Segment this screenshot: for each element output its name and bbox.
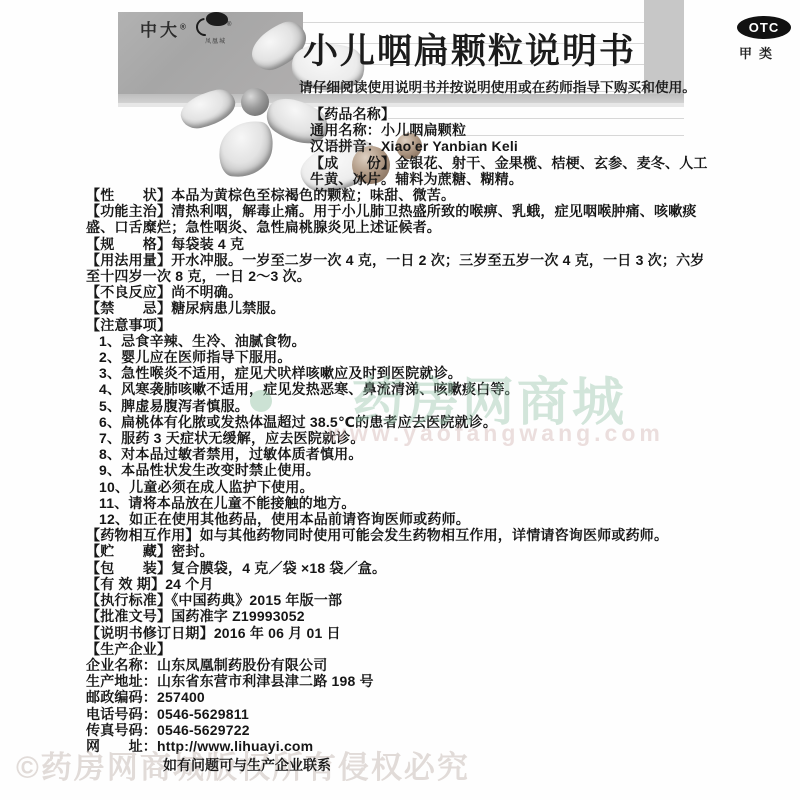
manufacturer-name-row: 企业名称：山东凤凰制药股份有限公司 bbox=[86, 657, 716, 673]
page-title: 小儿咽扁颗粒说明书 bbox=[303, 24, 655, 74]
otc-badge: OTC bbox=[737, 16, 791, 39]
phoenix-mascot-icon: ® bbox=[196, 10, 236, 36]
leaflet-page: 中大® ® 凤凰城 小儿咽扁颗粒说明书 请仔细阅读使用说明书并按说明使用或在药师… bbox=[0, 0, 800, 800]
section-manufacturer: 【生产企业】 bbox=[86, 641, 716, 657]
leaflet-body: 【药品名称】 通用名称：小儿咽扁颗粒 汉语拼音：Xiao'er Yanbian … bbox=[86, 106, 716, 754]
section-dosage: 【用法用量】开水冲服。一岁至二岁一次 4 克，一日 2 次；三岁至五岁一次 4 … bbox=[86, 252, 716, 284]
section-description: 【性 状】本品为黄棕色至棕褐色的颗粒；味甜、微苦。 bbox=[86, 187, 716, 203]
precaution-item: 7、服药 3 天症状无缓解，应去医院就诊。 bbox=[86, 430, 716, 446]
precaution-item: 4、风寒袭肺咳嗽不适用，症见发热恶寒、鼻流清涕、咳嗽痰白等。 bbox=[86, 381, 716, 397]
page-subtitle: 请仔细阅读使用说明书并按说明使用或在药师指导下购买和使用。 bbox=[299, 76, 696, 96]
precaution-item: 2、婴儿应在医师指导下服用。 bbox=[86, 349, 716, 365]
precaution-item: 6、扁桃体有化脓或发热体温超过 38.5℃的患者应去医院就诊。 bbox=[86, 414, 716, 430]
manufacturer-fax-row: 传真号码：0546-5629722 bbox=[86, 722, 716, 738]
section-approval-number: 【批准文号】国药准字 Z19993052 bbox=[86, 608, 716, 624]
section-standard: 【执行标准】《中国药典》2015 年版一部 bbox=[86, 592, 716, 608]
manufacturer-zipcode-row: 邮政编码：257400 bbox=[86, 689, 716, 705]
photo-spacer bbox=[86, 106, 310, 187]
precaution-item: 5、脾虚易腹泻者慎服。 bbox=[86, 398, 716, 414]
section-shelf-life: 【有 效 期】24 个月 bbox=[86, 576, 716, 592]
section-strength: 【规 格】每袋装 4 克 bbox=[86, 236, 716, 252]
section-storage: 【贮 藏】密封。 bbox=[86, 543, 716, 559]
section-packaging: 【包 装】复合膜袋，4 克／袋 ×18 袋／盒。 bbox=[86, 560, 716, 576]
section-interactions: 【药物相互作用】如与其他药物同时使用可能会发生药物相互作用，详情请咨询医师或药师… bbox=[86, 527, 716, 543]
manufacturer-website-row: 网 址：http://www.lihuayi.com bbox=[86, 738, 716, 754]
precaution-item: 8、对本品过敏者禁用，过敏体质者慎用。 bbox=[86, 446, 716, 462]
precaution-item: 1、忌食辛辣、生冷、油腻食物。 bbox=[86, 333, 716, 349]
section-revision-date: 【说明书修订日期】2016 年 06 月 01 日 bbox=[86, 625, 716, 641]
precaution-item: 11、请将本品放在儿童不能接触的地方。 bbox=[86, 495, 716, 511]
precaution-item: 10、儿童必须在成人监护下使用。 bbox=[86, 479, 716, 495]
watermark-logo-dot bbox=[250, 390, 272, 412]
otc-class-label: 甲类 bbox=[739, 43, 793, 62]
precaution-item: 3、急性喉炎不适用，症见犬吠样咳嗽应及时到医院就诊。 bbox=[86, 365, 716, 381]
mascot-caption: 凤凰城 bbox=[205, 36, 226, 45]
precaution-item: 12、如正在使用其他药品，使用本品前请咨询医师或药师。 bbox=[86, 511, 716, 527]
section-indications: 【功能主治】清热利咽，解毒止痛。用于小儿肺卫热盛所致的喉痹、乳蛾，症见咽喉肿痛、… bbox=[86, 203, 716, 235]
section-precautions: 【注意事项】 bbox=[86, 317, 716, 333]
ruled-line bbox=[292, 22, 684, 23]
footer-contact-note: 如有问题可与生产企业联系 bbox=[163, 755, 331, 775]
registered-mark-icon: ® bbox=[180, 22, 189, 31]
brand-logo: 中大® bbox=[140, 16, 189, 41]
section-adverse-reactions: 【不良反应】尚不明确。 bbox=[86, 284, 716, 300]
manufacturer-address-row: 生产地址：山东省东营市利津县津二路 198 号 bbox=[86, 673, 716, 689]
manufacturer-phone-row: 电话号码：0546-5629811 bbox=[86, 706, 716, 722]
section-contraindications: 【禁 忌】糖尿病患儿禁服。 bbox=[86, 300, 716, 316]
precaution-item: 9、本品性状发生改变时禁止使用。 bbox=[86, 462, 716, 478]
